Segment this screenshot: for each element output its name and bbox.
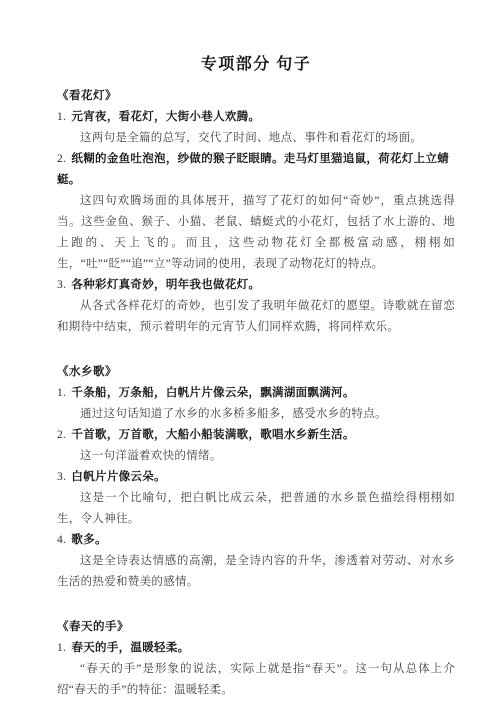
item-number: 3.	[57, 471, 66, 483]
item-sentence: 纸糊的金鱼吐泡泡，纱做的猴子眨眼睛。走马灯里猫追鼠，荷花灯上立蜻蜓。	[57, 153, 449, 186]
section-title: 《水乡歌》	[57, 362, 455, 383]
item-sentence: 千首歌，万首歌，大船小船装满歌，歌唱水乡新生活。	[71, 429, 354, 441]
item-analysis: 这两句是全篇的总写，交代了时间、地点、事件和看花灯的场面。	[57, 128, 455, 149]
item-sentence: 白帆片片像云朵。	[71, 471, 165, 483]
document-page: 专项部分 句子 《看花灯》 1. 元宵夜，看花灯，大街小巷人欢腾。 这两句是全篇…	[0, 0, 500, 707]
sentence-item: 4. 歌多。	[57, 530, 455, 551]
item-number: 2.	[57, 429, 66, 441]
section-title: 《春天的手》	[57, 617, 455, 638]
sentence-item: 3. 各种彩灯真奇妙，明年我也做花灯。	[57, 275, 455, 296]
item-analysis: 通过这句话知道了水乡的水多桥多船多，感受水乡的特点。	[57, 404, 455, 425]
sentence-item: 1. 千条船，万条船，白帆片片像云朵，飘满湖面飘满河。	[57, 383, 455, 404]
section-title: 《看花灯》	[57, 86, 455, 107]
section-shuixiangge: 《水乡歌》 1. 千条船，万条船，白帆片片像云朵，飘满湖面飘满河。 通过这句话知…	[57, 362, 455, 593]
item-analysis: 这是全诗表达情感的高潮，是全诗内容的升华，渗透着对劳动、对水乡生活的热爱和赞美的…	[57, 551, 455, 593]
item-analysis: “春天的手”是形象的说法，实际上就是指“春天”。这一句从总体上介绍“春天的手”的…	[57, 659, 455, 701]
document-title: 专项部分 句子	[57, 52, 455, 78]
section-chuntiandeshou: 《春天的手》 1. 春天的手，温暖轻柔。 “春天的手”是形象的说法，实际上就是指…	[57, 617, 455, 701]
item-sentence: 春天的手，温暖轻柔。	[71, 642, 189, 654]
item-analysis: 这一句洋溢着欢快的情绪。	[57, 446, 455, 467]
item-analysis: 这四句欢腾场面的具体展开，描写了花灯的如何“奇妙”，重点挑选得当。这些金鱼、猴子…	[57, 191, 455, 275]
item-sentence: 歌多。	[71, 534, 106, 546]
item-number: 1.	[57, 642, 66, 654]
sentence-item: 1. 元宵夜，看花灯，大街小巷人欢腾。	[57, 107, 455, 128]
item-number: 4.	[57, 534, 66, 546]
item-sentence: 各种彩灯真奇妙，明年我也做花灯。	[71, 279, 260, 291]
sentence-item: 2. 纸糊的金鱼吐泡泡，纱做的猴子眨眼睛。走马灯里猫追鼠，荷花灯上立蜻蜓。	[57, 149, 455, 191]
item-analysis: 这是一个比喻句，把白帆比成云朵，把普通的水乡景色描绘得栩栩如生，令人神往。	[57, 488, 455, 530]
item-sentence: 千条船，万条船，白帆片片像云朵，飘满湖面飘满河。	[71, 387, 354, 399]
item-analysis: 从各式各样花灯的奇妙，也引发了我明年做花灯的愿望。诗歌就在留恋和期待中结束，预示…	[57, 296, 455, 338]
section-kanhuadeng: 《看花灯》 1. 元宵夜，看花灯，大街小巷人欢腾。 这两句是全篇的总写，交代了时…	[57, 86, 455, 338]
sentence-item: 3. 白帆片片像云朵。	[57, 467, 455, 488]
item-sentence: 元宵夜，看花灯，大街小巷人欢腾。	[71, 111, 260, 123]
item-number: 1.	[57, 387, 66, 399]
item-number: 2.	[57, 153, 66, 165]
item-number: 1.	[57, 111, 66, 123]
item-number: 3.	[57, 279, 66, 291]
sentence-item: 2. 千首歌，万首歌，大船小船装满歌，歌唱水乡新生活。	[57, 425, 455, 446]
sentence-item: 1. 春天的手，温暖轻柔。	[57, 638, 455, 659]
